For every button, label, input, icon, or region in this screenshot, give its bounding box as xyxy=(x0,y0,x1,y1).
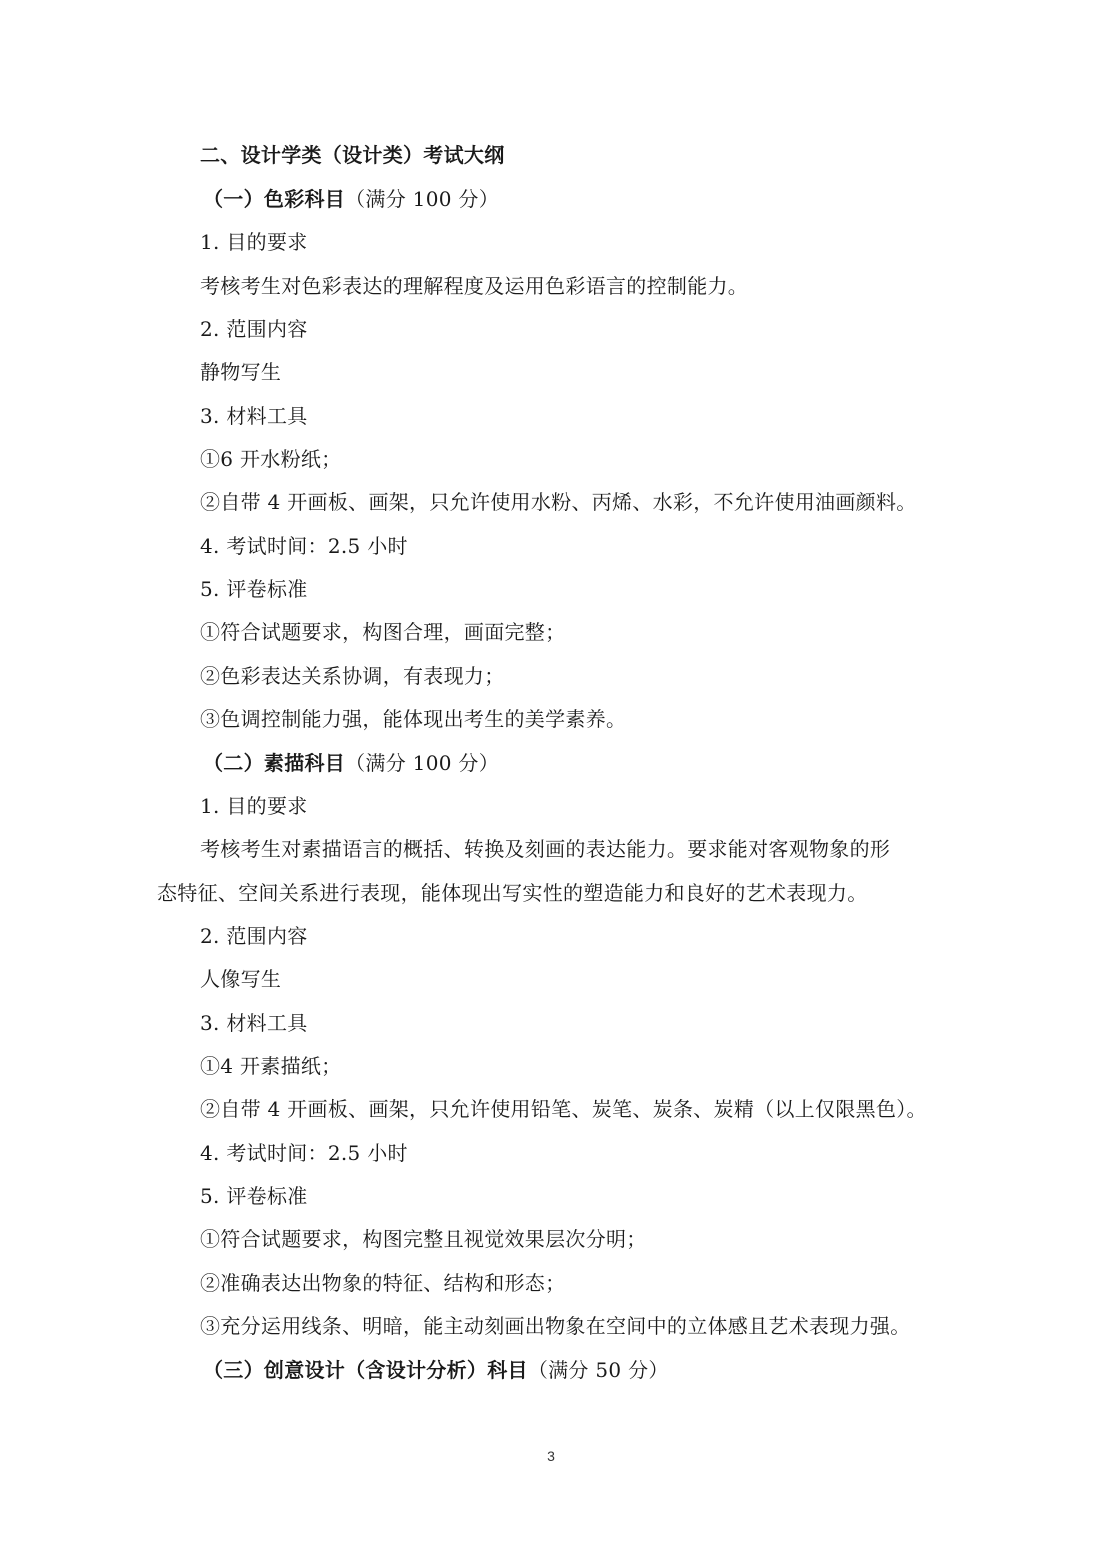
paragraph: ②自带 4 开画板、画架，只允许使用水粉、丙烯、水彩，不允许使用油画颜料。 xyxy=(200,488,917,516)
paragraph: 考核考生对素描语言的概括、转换及刻画的表达能力。要求能对客观物象的形 xyxy=(200,835,890,863)
subject-heading-sketch: （二）素描科目（满分 100 分） xyxy=(203,749,499,777)
paragraph: 4. 考试时间：2.5 小时 xyxy=(200,532,408,560)
paragraph: ①符合试题要求，构图完整且视觉效果层次分明； xyxy=(200,1225,647,1253)
paragraph: 3. 材料工具 xyxy=(200,1009,308,1037)
paragraph: 静物写生 xyxy=(200,358,281,386)
paragraph: 4. 考试时间：2.5 小时 xyxy=(200,1139,408,1167)
subject-heading-label: （一）色彩科目 xyxy=(203,187,345,211)
subject-heading-score: （满分 100 分） xyxy=(345,187,499,211)
paragraph: ③色调控制能力强，能体现出考生的美学素养。 xyxy=(200,705,626,733)
paragraph: ②自带 4 开画板、画架，只允许使用铅笔、炭笔、炭条、炭精（以上仅限黑色）。 xyxy=(200,1095,927,1123)
paragraph: ①符合试题要求，构图合理，画面完整； xyxy=(200,618,565,646)
paragraph: ②准确表达出物象的特征、结构和形态； xyxy=(200,1269,565,1297)
paragraph: ①6 开水粉纸； xyxy=(200,445,341,473)
subject-heading-creative-design: （三）创意设计（含设计分析）科目（满分 50 分） xyxy=(203,1356,669,1384)
subject-heading-score: （满分 50 分） xyxy=(528,1358,669,1382)
paragraph: 1. 目的要求 xyxy=(200,228,308,256)
paragraph: 人像写生 xyxy=(200,965,281,993)
subject-heading-label: （二）素描科目 xyxy=(203,751,345,775)
paragraph: 3. 材料工具 xyxy=(200,402,308,430)
document-page: 二、设计学类（设计类）考试大纲 （一）色彩科目（满分 100 分） 1. 目的要… xyxy=(0,0,1102,1559)
page-number: 3 xyxy=(0,1448,1102,1464)
paragraph: ②色彩表达关系协调，有表现力； xyxy=(200,662,505,690)
section-title: 二、设计学类（设计类）考试大纲 xyxy=(200,141,505,169)
paragraph: ③充分运用线条、明暗，能主动刻画出物象在空间中的立体感且艺术表现力强。 xyxy=(200,1312,911,1340)
paragraph: 2. 范围内容 xyxy=(200,922,308,950)
subject-heading-score: （满分 100 分） xyxy=(345,751,499,775)
paragraph: 2. 范围内容 xyxy=(200,315,308,343)
paragraph: 5. 评卷标准 xyxy=(200,575,308,603)
paragraph-continuation: 态特征、空间关系进行表现，能体现出写实性的塑造能力和良好的艺术表现力。 xyxy=(157,879,868,907)
subject-heading-color: （一）色彩科目（满分 100 分） xyxy=(203,185,499,213)
paragraph: 5. 评卷标准 xyxy=(200,1182,308,1210)
paragraph: ①4 开素描纸； xyxy=(200,1052,341,1080)
subject-heading-label: （三）创意设计（含设计分析）科目 xyxy=(203,1358,528,1382)
paragraph: 考核考生对色彩表达的理解程度及运用色彩语言的控制能力。 xyxy=(200,272,748,300)
paragraph: 1. 目的要求 xyxy=(200,792,308,820)
